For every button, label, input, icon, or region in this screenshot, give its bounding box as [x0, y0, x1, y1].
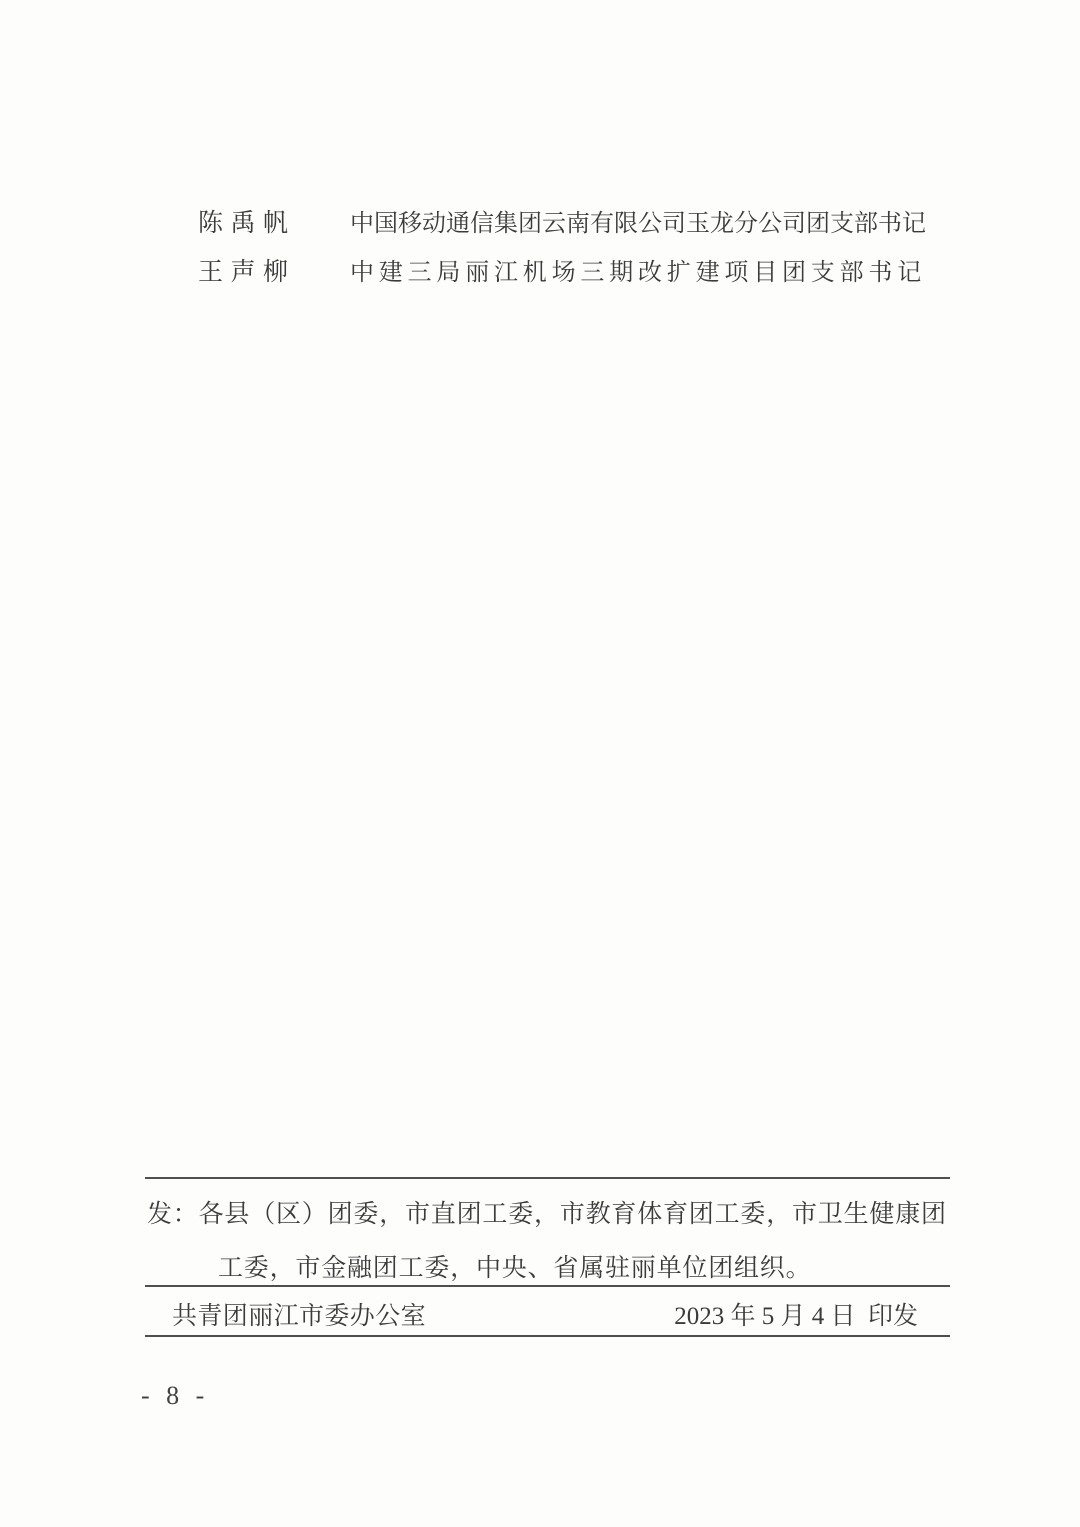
- person-name: 王声柳: [198, 252, 288, 288]
- appointment-row: 陈禹帆 中国移动通信集团云南有限公司玉龙分公司团支部书记: [198, 196, 930, 245]
- appointment-list: 陈禹帆 中国移动通信集团云南有限公司玉龙分公司团支部书记 王声柳 中建三局丽江机…: [198, 196, 930, 294]
- colophon-middle-rule: [145, 1285, 950, 1287]
- colophon-top-rule: [145, 1177, 950, 1179]
- appointment-row: 王声柳 中建三局丽江机场三期改扩建项目团支部书记: [198, 245, 930, 294]
- distribution-line-1: 发：各县（区）团委，市直团工委，市教育体育团工委，市卫生健康团: [147, 1194, 947, 1230]
- scanned-document-page: 陈禹帆 中国移动通信集团云南有限公司玉龙分公司团支部书记 王声柳 中建三局丽江机…: [0, 0, 1080, 1527]
- person-title: 中国移动通信集团云南有限公司玉龙分公司团支部书记: [350, 203, 926, 238]
- issuing-office: 共青团丽江市委办公室: [172, 1296, 426, 1332]
- person-title: 中建三局丽江机场三期改扩建项目团支部书记: [350, 252, 926, 287]
- distribution-line-2: 工委，市金融团工委，中央、省属驻丽单位团组织。: [218, 1248, 811, 1284]
- page-number: - 8 -: [141, 1381, 209, 1411]
- print-date: 2023 年 5 月 4 日 印发: [674, 1296, 918, 1332]
- person-name: 陈禹帆: [198, 203, 288, 239]
- colophon-block: 发：各县（区）团委，市直团工委，市教育体育团工委，市卫生健康团 工委，市金融团工…: [145, 1177, 950, 1339]
- colophon-bottom-rule: [145, 1335, 950, 1337]
- issuer-row: 共青团丽江市委办公室 2023 年 5 月 4 日 印发: [172, 1296, 918, 1332]
